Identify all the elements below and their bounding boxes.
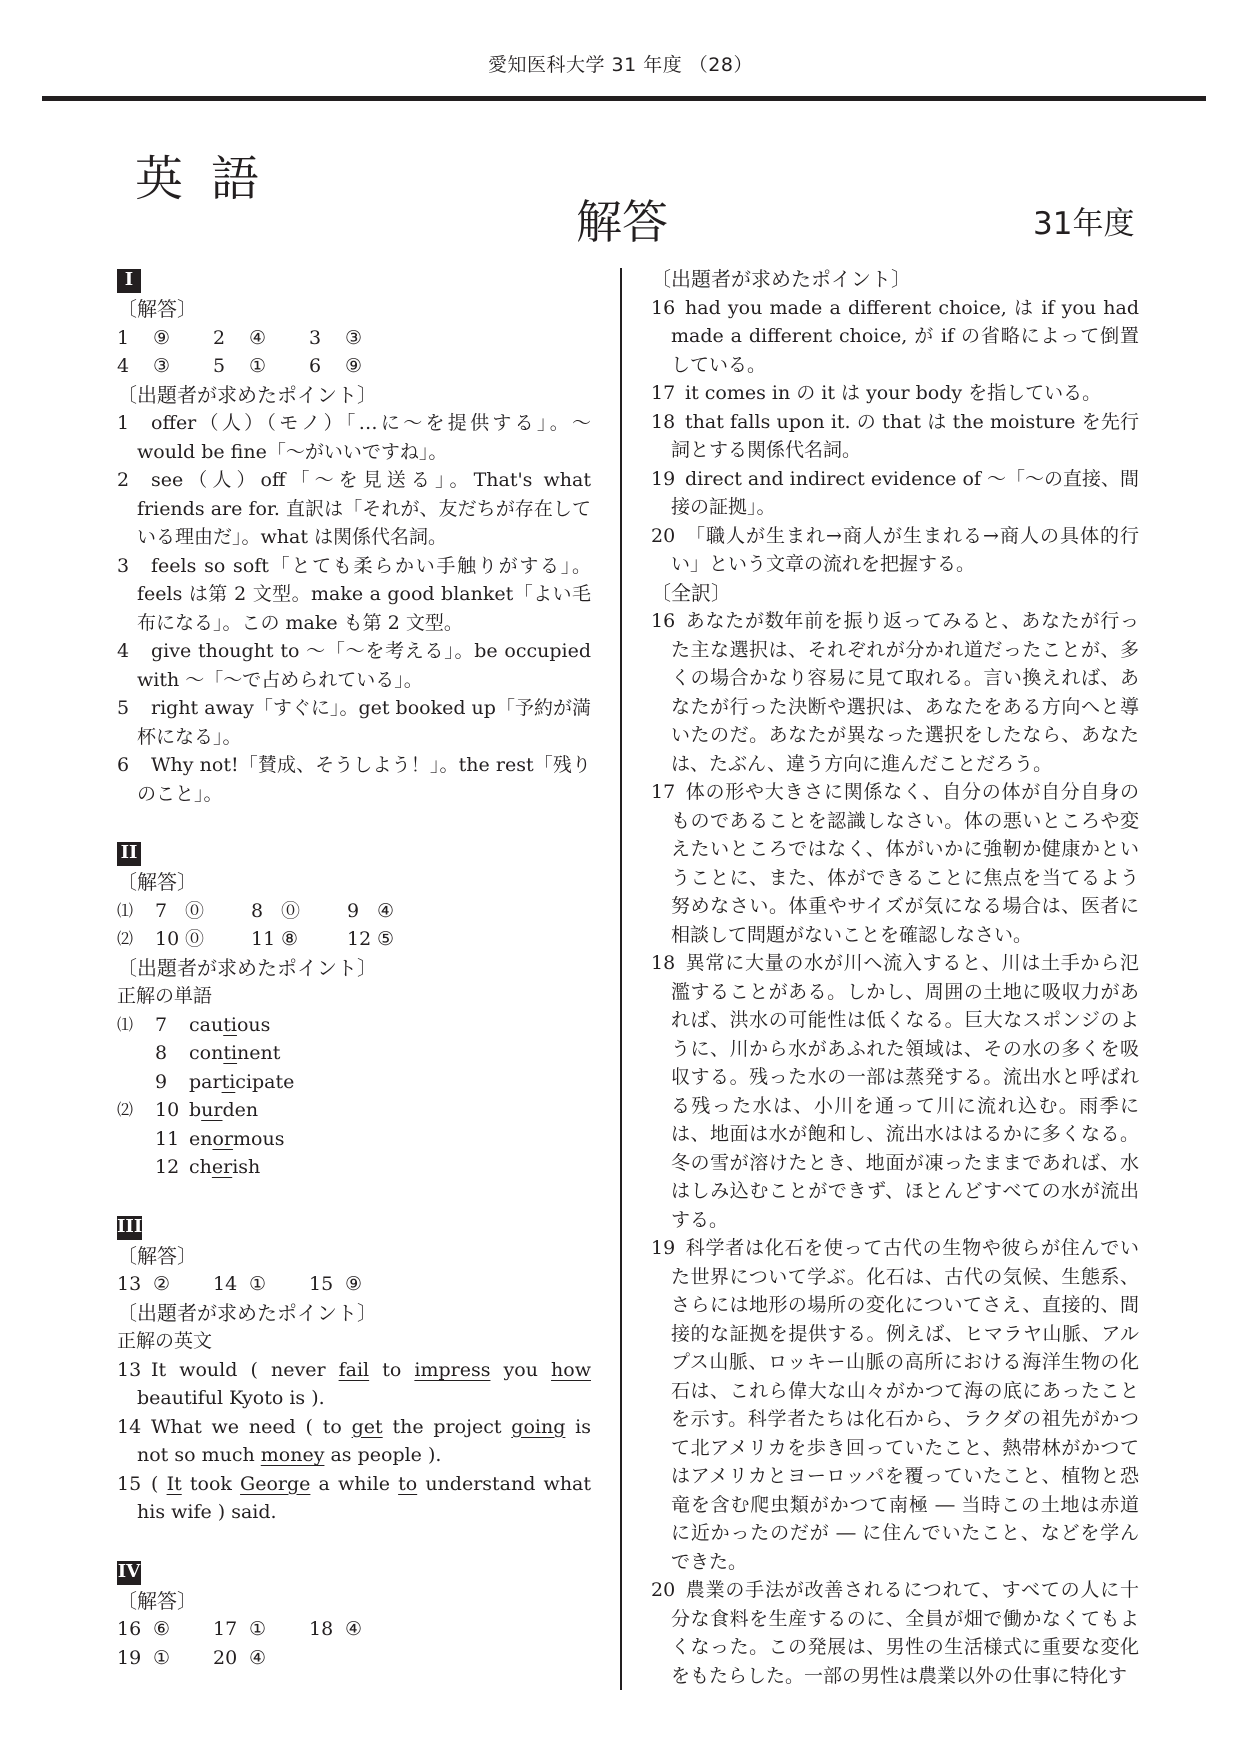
page-title: 解答 [576,186,668,252]
translation-item: 18異常に大量の水が川へ流入すると、川は土手から氾濫することがある。しかし、周囲… [651,949,1139,1234]
point-item: 20「職人が生まれ→商人が生まれる→商人の具体的行い」という文章の流れを把握する… [651,522,1139,579]
word-item: 12cherish [117,1153,591,1182]
point-item: 18that falls upon it. の that は the moist… [651,408,1139,465]
word-item: ⑵10burden [117,1096,591,1125]
point-item: 6Why not!「賛成、そうしよう！」。the rest「残りのこと」。 [117,751,591,808]
subheading: 正解の英文 [117,1327,591,1356]
translation-item: 16あなたが数年前を振り返ってみると、あなたが行った主な選択は、それぞれが分かれ… [651,607,1139,778]
point-item: 2see（人）off「〜を見送る」。That's what friends ar… [117,466,591,552]
point-item: 4give thought to 〜「〜を考える」。be occupied wi… [117,637,591,694]
answer-number: 2 [213,324,249,353]
word-item: 8continent [117,1039,591,1068]
answer-row: ⑵ 10⓪ 11⑧ 12⑤ [117,925,591,954]
header-rule [42,96,1206,101]
points-heading: 〔出題者が求めたポイント〕 [117,381,591,410]
translation-item: 17体の形や大きさに関係なく、自分の体が自分自身のものであることを認識しなさい。… [651,778,1139,949]
section-4: IV 〔解答〕 16⑥ 17① 18④ 19① 20④ [117,1557,591,1673]
answer-value: ⑨ [153,324,193,353]
point-item: 19direct and indirect evidence of 〜「〜の直接… [651,465,1139,522]
point-item: 5right away「すぐに」。get booked up「予約が満杯になる」… [117,694,591,751]
word-item: 11enormous [117,1125,591,1154]
point-item: 16had you made a different choice, は if … [651,294,1139,380]
translation-item: 20農業の手法が改善されるにつれて、すべての人に十分な食料を生産するのに、全員が… [651,1576,1139,1690]
answers-heading: 〔解答〕 [117,295,591,324]
answer-value: ⑨ [345,352,385,381]
answer-number: 4 [117,352,153,381]
answer-number: 1 [117,324,153,353]
section-3: III 〔解答〕 13② 14① 15⑨ 〔出題者が求めたポイント〕 正解の英文… [117,1212,591,1527]
word-item: ⑴7cautious [117,1011,591,1040]
section-badge: I [117,269,141,293]
answer-number: 6 [309,352,345,381]
answer-number: 3 [309,324,345,353]
subpart-label: ⑵ [117,925,155,954]
answer-value: ③ [345,324,385,353]
word-item: 9participate [117,1068,591,1097]
answers-heading: 〔解答〕 [117,1587,591,1616]
subject-title: 英語 [135,140,287,209]
answers-heading: 〔解答〕 [117,868,591,897]
answers-heading: 〔解答〕 [117,1242,591,1271]
point-item: 3feels so soft「とても柔らかい手触りがする」。feels は第 2… [117,552,591,638]
points-heading: 〔出題者が求めたポイント〕 [117,954,591,983]
answer-row: 19① 20④ [117,1644,591,1673]
answer-number: 5 [213,352,249,381]
running-head: 愛知医科大学 31 年度 （28） [0,50,1241,77]
sentence-item: 13It would ( never fail to impress you h… [117,1356,591,1413]
points-heading: 〔出題者が求めたポイント〕 [117,1299,591,1328]
translation-item: 19科学者は化石を使って古代の生物や彼らが住んでいた世界について学ぶ。化石は、古… [651,1234,1139,1576]
answer-row: 13② 14① 15⑨ [117,1270,591,1299]
section-2: II 〔解答〕 ⑴ 7⓪ 8⓪ 9④ ⑵ 10⓪ 11⑧ 12⑤ 〔出題者が求め… [117,838,591,1182]
sentence-item: 14What we need ( to get the project goin… [117,1413,591,1470]
answer-row: ⑴ 7⓪ 8⓪ 9④ [117,897,591,926]
subheading: 正解の単語 [117,982,591,1011]
point-item: 17it comes in の it は your body を指している。 [651,379,1139,408]
answer-value: ④ [249,324,289,353]
answer-row: 16⑥ 17① 18④ [117,1615,591,1644]
translation-heading: 〔全訳〕 [651,579,1139,608]
section-badge: III [117,1216,142,1240]
subpart-label: ⑴ [117,897,155,926]
section-1: I 〔解答〕 1⑨ 2④ 3③ 4③ 5① 6⑨ 〔出題者が求めたポイント〕 1… [117,265,591,808]
answer-value: ③ [153,352,193,381]
answer-row: 4③ 5① 6⑨ [117,352,591,381]
sentence-item: 15( It took George a while to understand… [117,1470,591,1527]
answer-row: 1⑨ 2④ 3③ [117,324,591,353]
section-badge: II [117,842,141,866]
column-divider [620,268,622,1690]
answer-value: ① [249,352,289,381]
year-label: 31年度 [1033,198,1134,243]
point-item: 1offer（人）（モノ）「…に〜を提供する」。〜 would be fine「… [117,409,591,466]
right-column: 〔出題者が求めたポイント〕 16had you made a different… [651,265,1139,1690]
points-heading: 〔出題者が求めたポイント〕 [651,265,1139,294]
left-column: I 〔解答〕 1⑨ 2④ 3③ 4③ 5① 6⑨ 〔出題者が求めたポイント〕 1… [117,265,591,1672]
section-badge: IV [117,1561,141,1585]
